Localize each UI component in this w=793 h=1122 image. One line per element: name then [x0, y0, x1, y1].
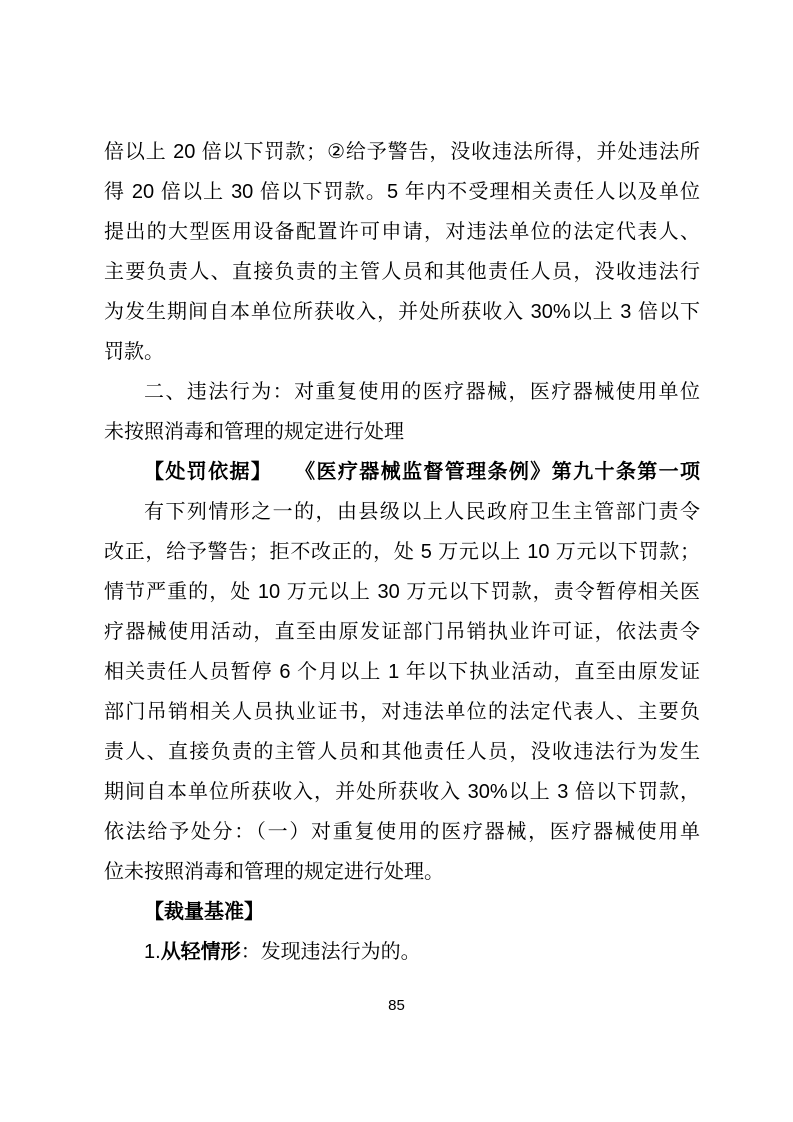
text-line: 改正，给予警告；拒不改正的，处 5 万元以上 10 万元以下罚款；: [104, 532, 700, 572]
text-line: 未按照消毒和管理的规定进行处理: [104, 412, 700, 452]
page-number: 85: [0, 995, 793, 1017]
text-line: 罚款。: [104, 332, 700, 372]
text-line-lenient-item: 1.从轻情形：发现违法行为的。: [104, 932, 700, 972]
text-line: 责人、直接负责的主管人员和其他责任人员，没收违法行为发生: [104, 732, 700, 772]
text-line-penalty-basis-heading: 【处罚依据】 《医疗器械监督管理条例》第九十条第一项: [104, 452, 700, 492]
text-line: 相关责任人员暂停 6 个月以上 1 年以下执业活动，直至由原发证: [104, 652, 700, 692]
text-line: 依法给予处分：（一）对重复使用的医疗器械，医疗器械使用单: [104, 812, 700, 852]
text-line-discretion-heading: 【裁量基准】: [104, 892, 700, 932]
text-line: 期间自本单位所获收入，并处所获收入 30%以上 3 倍以下罚款，: [104, 772, 700, 812]
text-line: 部门吊销相关人员执业证书，对违法单位的法定代表人、主要负: [104, 692, 700, 732]
text-line: 情节严重的，处 10 万元以上 30 万元以下罚款，责令暂停相关医: [104, 572, 700, 612]
document-page: 倍以上 20 倍以下罚款；②给予警告，没收违法所得，并处违法所 得 20 倍以上…: [0, 0, 793, 1122]
text-segment: ：发现违法行为的。: [241, 941, 421, 963]
text-line: 疗器械使用活动，直至由原发证部门吊销执业许可证，依法责令: [104, 612, 700, 652]
text-line: 有下列情形之一的，由县级以上人民政府卫生主管部门责令: [104, 492, 700, 532]
text-line: 位未按照消毒和管理的规定进行处理。: [104, 852, 700, 892]
text-line: 为发生期间自本单位所获收入，并处所获收入 30%以上 3 倍以下: [104, 292, 700, 332]
document-body: 倍以上 20 倍以下罚款；②给予警告，没收违法所得，并处违法所 得 20 倍以上…: [104, 132, 700, 972]
text-line-violation-heading: 二、违法行为：对重复使用的医疗器械，医疗器械使用单位: [104, 372, 700, 412]
list-number: 1.: [144, 941, 161, 963]
text-line: 提出的大型医用设备配置许可申请，对违法单位的法定代表人、: [104, 212, 700, 252]
emphasis-text: 从轻情形: [161, 941, 241, 963]
text-line: 得 20 倍以上 30 倍以下罚款。5 年内不受理相关责任人以及单位: [104, 172, 700, 212]
text-line: 主要负责人、直接负责的主管人员和其他责任人员，没收违法行: [104, 252, 700, 292]
text-line: 倍以上 20 倍以下罚款；②给予警告，没收违法所得，并处违法所: [104, 132, 700, 172]
